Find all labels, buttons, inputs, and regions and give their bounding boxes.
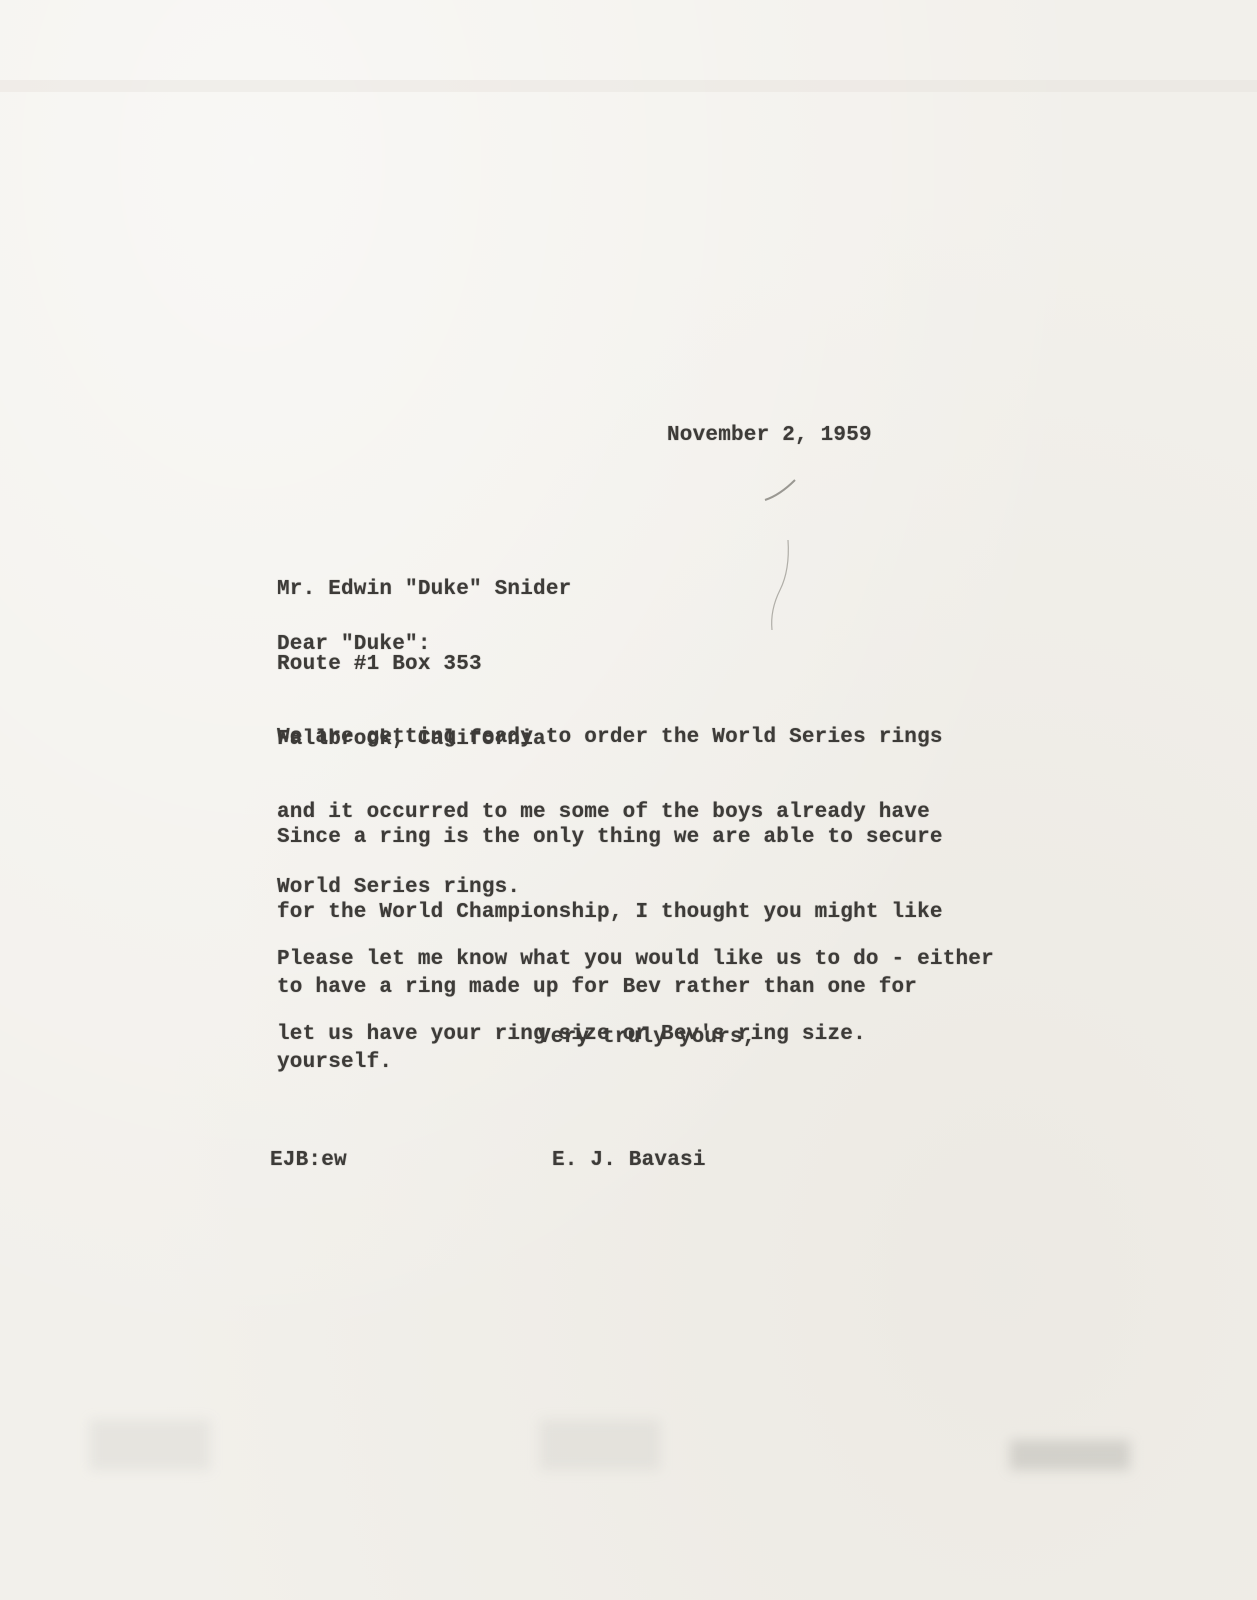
paragraph-line: Since a ring is the only thing we are ab… <box>277 825 943 850</box>
salutation: Dear "Duke": <box>277 632 431 657</box>
reference-initials: EJB:ew <box>270 1148 347 1173</box>
closing: Very truly yours, <box>538 1025 756 1050</box>
signer-name: E. J. Bavasi <box>552 1148 706 1173</box>
pencil-mark <box>740 470 840 650</box>
letter-date: November 2, 1959 <box>667 423 872 448</box>
paper-fold-band <box>0 80 1257 92</box>
address-line: Mr. Edwin "Duke" Snider <box>277 577 571 602</box>
paper-smudge <box>90 1420 210 1470</box>
paper-smudge <box>540 1420 660 1470</box>
paragraph-line: We are getting ready to order the World … <box>277 725 943 750</box>
paper-smudge <box>1010 1440 1130 1470</box>
paragraph-line: Please let me know what you would like u… <box>277 947 994 972</box>
